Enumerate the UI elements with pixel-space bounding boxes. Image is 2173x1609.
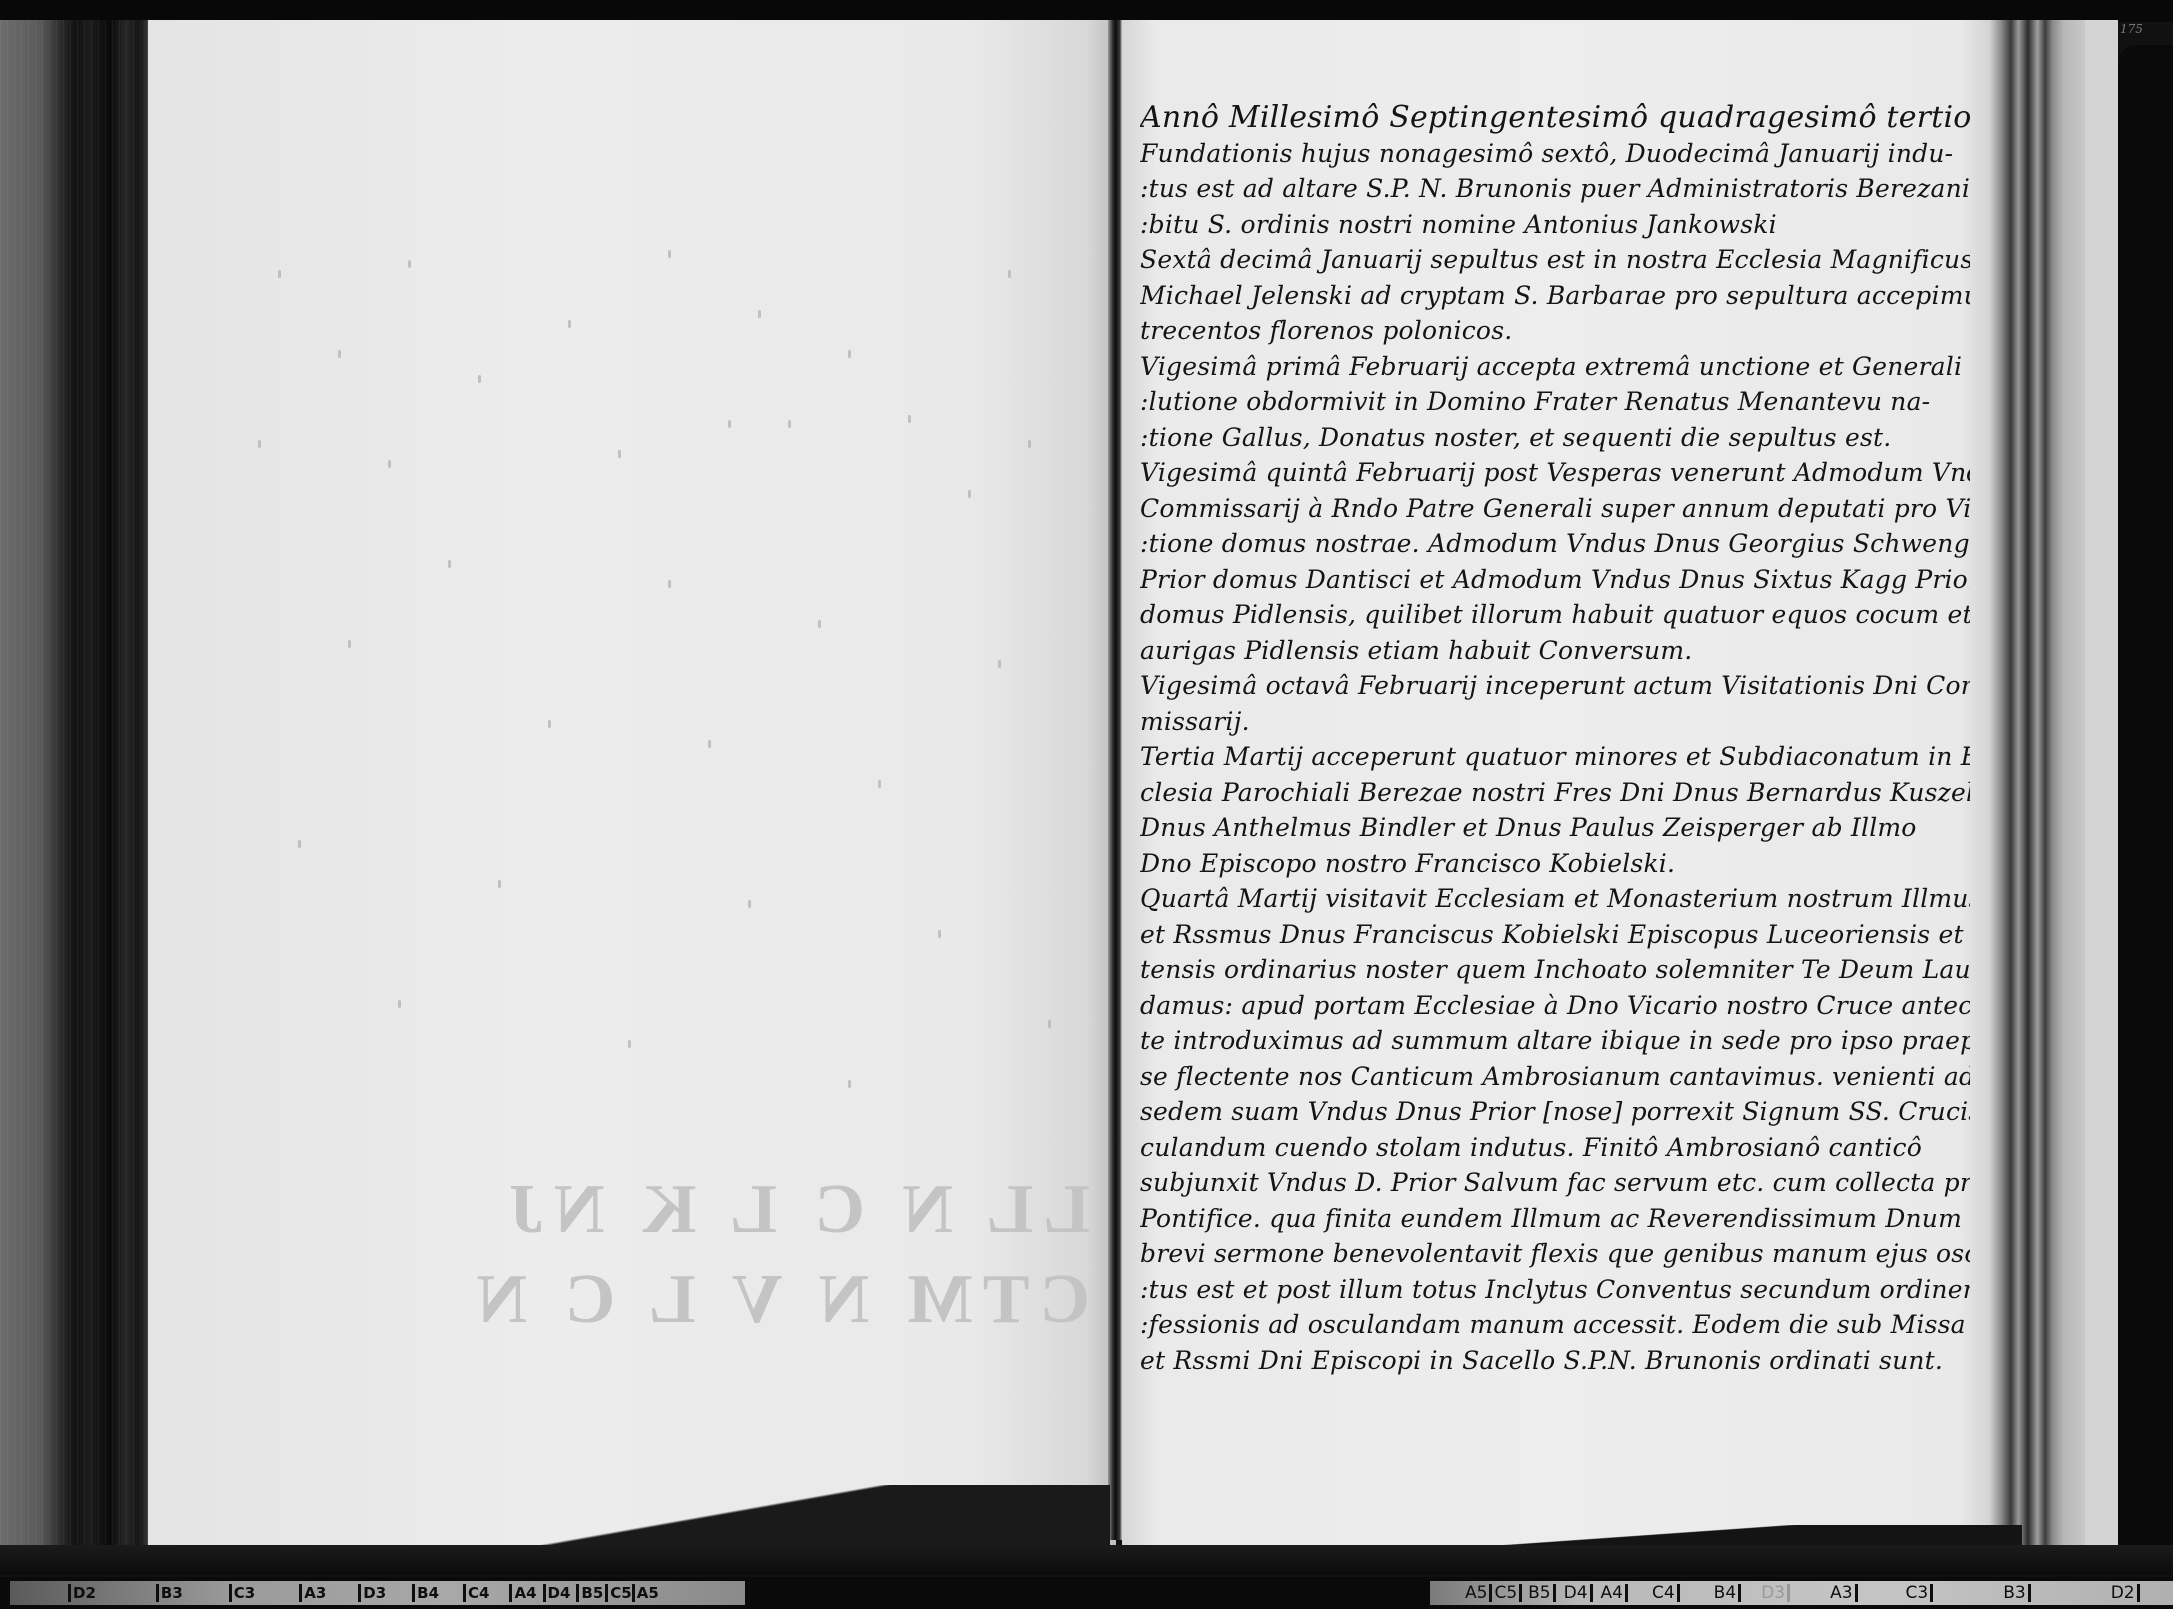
manuscript-line: Pontifice. qua finita eundem Illmum ac R… [1140, 1201, 1970, 1237]
scale-tick: B3 [2003, 1584, 2030, 1602]
scale-tick: C3 [1906, 1584, 1934, 1602]
right-page-edge-gap [2085, 20, 2118, 1565]
manuscript-line: missarij. [1140, 704, 1970, 740]
manuscript-line: :tus est ad altare S.P. N. Brunonis puer… [1140, 171, 1970, 207]
manuscript-line: Commissarij à Rndo Patre Generali super … [1140, 491, 1970, 527]
scale-tick: A5 [1465, 1584, 1492, 1602]
manuscript-line: trecentos florenos polonicos. [1140, 313, 1970, 349]
manuscript-line: subjunxit Vndus D. Prior Salvum fac serv… [1140, 1165, 1970, 1201]
manuscript-line: Michael Jelenski ad cryptam S. Barbarae … [1140, 278, 1970, 314]
manuscript-line: Tertia Martij acceperunt quatuor minores… [1140, 739, 1970, 775]
scale-tick: C4 [1652, 1584, 1680, 1602]
manuscript-line: Vigesimâ primâ Februarij accepta extremâ… [1140, 349, 1970, 385]
manuscript-line: Annô Millesimô Septingentesimô quadrages… [1140, 100, 1970, 136]
scale-tick: B4 [1714, 1584, 1741, 1602]
scale-tick: B4 [412, 1584, 439, 1602]
scale-tick: A3 [299, 1584, 326, 1602]
manuscript-line: domus Pidlensis, quilibet illorum habuit… [1140, 597, 1970, 633]
scale-tick: D4 [1564, 1584, 1593, 1602]
right-book-cover [2118, 45, 2173, 1565]
scale-tick: B3 [156, 1584, 183, 1602]
manuscript-line: clesia Parochiali Berezae nostri Fres Dn… [1140, 775, 1970, 811]
bottom-shadow [0, 1545, 2173, 1575]
bleed-through-row-1: LL N C L K NJ [499, 1170, 1090, 1250]
bleed-through-row-2: CTM N V L C N [467, 1260, 1090, 1340]
manuscript-line: Vigesimâ quintâ Februarij post Vesperas … [1140, 455, 1970, 491]
manuscript-line: :tus est et post illum totus Inclytus Co… [1140, 1272, 1970, 1308]
manuscript-line: damus: apud portam Ecclesiae à Dno Vicar… [1140, 988, 1970, 1024]
manuscript-line: Vigesimâ octavâ Februarij inceperunt act… [1140, 668, 1970, 704]
manuscript-line: Quartâ Martij visitavit Ecclesiam et Mon… [1140, 881, 1970, 917]
manuscript-line: Fundationis hujus nonagesimô sextô, Duod… [1140, 136, 1970, 172]
manuscript-line: brevi sermone benevolentavit flexis que … [1140, 1236, 1970, 1272]
scale-tick: D3 [358, 1584, 386, 1602]
folio-number: 175 [2120, 22, 2143, 36]
manuscript-text: Annô Millesimô Septingentesimô quadrages… [1140, 100, 1970, 1378]
right-book-edge [1990, 20, 2085, 1565]
manuscript-line: culandum cuendo stolam indutus. Finitô A… [1140, 1130, 1970, 1166]
top-frame-band [0, 0, 2173, 22]
left-book-edge [0, 20, 148, 1560]
scale-tick: A3 [1830, 1584, 1857, 1602]
scale-tick: D2 [2111, 1584, 2140, 1602]
manuscript-line: :bitu S. ordinis nostri nomine Antonius … [1140, 207, 1970, 243]
manuscript-line: :lutione obdormivit in Domino Frater Ren… [1140, 384, 1970, 420]
manuscript-line: te introduximus ad summum altare ibique … [1140, 1023, 1970, 1059]
scale-strip-left: D2 B3 C3 A3 D3 B4 C4 A4 D4 B5 C5 A5 [10, 1581, 745, 1605]
manuscript-line: :fessionis ad osculandam manum accessit.… [1140, 1307, 1970, 1343]
manuscript-line: et Rssmi Dni Episcopi in Sacello S.P.N. … [1140, 1343, 1970, 1379]
scale-tick: D3 [1761, 1584, 1790, 1602]
manuscript-line: Dnus Anthelmus Bindler et Dnus Paulus Ze… [1140, 810, 1970, 846]
scale-tick: C5 [1494, 1584, 1522, 1602]
scale-tick: B5 [576, 1584, 603, 1602]
scale-tick: D2 [68, 1584, 96, 1602]
manuscript-line: :tione Gallus, Donatus noster, et sequen… [1140, 420, 1970, 456]
microfilm-scan: LL N C L K NJ CTM N V L C N 175 Annô Mil… [0, 0, 2173, 1609]
manuscript-line: sedem suam Vndus Dnus Prior [nose] porre… [1140, 1094, 1970, 1130]
scale-tick: C4 [463, 1584, 489, 1602]
manuscript-line: aurigas Pidlensis etiam habuit Conversum… [1140, 633, 1970, 669]
scale-strip-right: A5 C5 B5 D4 A4 C4 B4 D3 A3 C3 B3 D2 A2 [1430, 1581, 2173, 1605]
scale-tick: A5 [632, 1584, 659, 1602]
manuscript-line: et Rssmus Dnus Franciscus Kobielski Epis… [1140, 917, 1970, 953]
scale-tick: A4 [1601, 1584, 1628, 1602]
scale-tick: B5 [1528, 1584, 1555, 1602]
book-gutter [1108, 20, 1122, 1540]
scale-tick: A4 [509, 1584, 536, 1602]
manuscript-line: tensis ordinarius noster quem Inchoato s… [1140, 952, 1970, 988]
manuscript-line: se flectente nos Canticum Ambrosianum ca… [1140, 1059, 1970, 1095]
scale-tick: D4 [543, 1584, 571, 1602]
manuscript-line: Prior domus Dantisci et Admodum Vndus Dn… [1140, 562, 1970, 598]
manuscript-line: Dno Episcopo nostro Francisco Kobielski. [1140, 846, 1970, 882]
manuscript-line: Sextâ decimâ Januarij sepultus est in no… [1140, 242, 1970, 278]
scale-tick: C3 [229, 1584, 255, 1602]
bleed-through-stamp: LL N C L K NJ CTM N V L C N [290, 1160, 1090, 1360]
scale-tick: C5 [605, 1584, 631, 1602]
manuscript-line: :tione domus nostrae. Admodum Vndus Dnus… [1140, 526, 1970, 562]
